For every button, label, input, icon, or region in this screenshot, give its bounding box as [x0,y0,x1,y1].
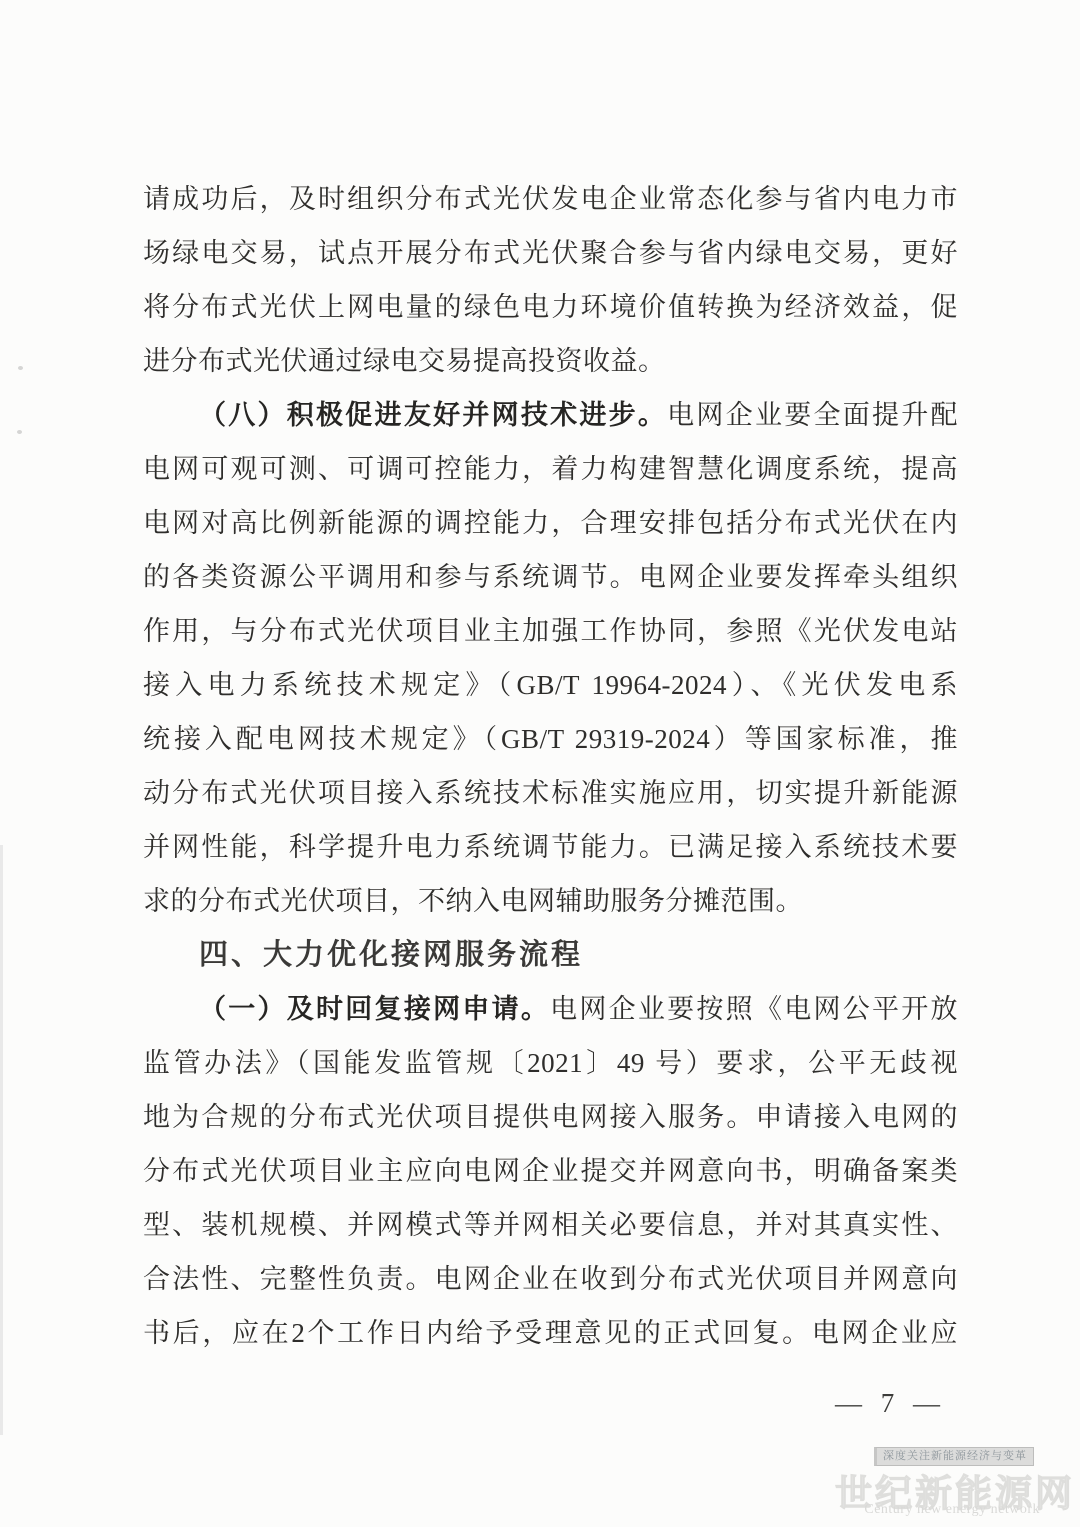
document-page: 请成功后，及时组织分布式光伏发电企业常态化参与省内电力市 场绿电交易，试点开展分… [0,0,1080,1527]
text-line: 分布式光伏项目业主应向电网企业提交并网意向书，明确备案类 [143,1144,958,1198]
scan-edge-artifact [0,845,3,1435]
scan-speck [17,430,22,434]
text-line: 合法性、完整性负责。电网企业在收到分布式光伏项目并网意向 [143,1252,958,1306]
paragraph-green-trading: 请成功后，及时组织分布式光伏发电企业常态化参与省内电力市 场绿电交易，试点开展分… [143,172,958,388]
text-line: （一）及时回复接网申请。电网企业要按照《电网公平开放 [143,982,958,1036]
text-line: 统接入配电网技术规定》（GB/T 29319-2024）等国家标准，推 [143,712,958,766]
text-line: 动分布式光伏项目接入系统技术标准实施应用，切实提升新能源 [143,766,958,820]
text-line: 地为合规的分布式光伏项目提供电网接入服务。申请接入电网的 [143,1090,958,1144]
text-run: 电网企业要按照《电网公平开放 [550,994,958,1024]
scan-speck [18,366,23,370]
text-line: 请成功后，及时组织分布式光伏发电企业常态化参与省内电力市 [143,172,958,226]
text-line: （八）积极促进友好并网技术进步。电网企业要全面提升配 [143,388,958,442]
text-line: 电网可观可测、可调可控能力，着力构建智慧化调度系统，提高 [143,442,958,496]
item-8-title: （八）积极促进友好并网技术进步。 [199,400,667,430]
text-line: 场绿电交易，试点开展分布式光伏聚合参与省内绿电交易，更好 [143,226,958,280]
text-run: 电网企业要全面提升配 [667,400,958,430]
text-line: 书后，应在2个工作日内给予受理意见的正式回复。电网企业应 [143,1306,958,1360]
text-line: 型、装机规模、并网模式等并网相关必要信息，并对其真实性、 [143,1198,958,1252]
item-1-title: （一）及时回复接网申请。 [199,994,550,1024]
text-line: 求的分布式光伏项目，不纳入电网辅助服务分摊范围。 [143,874,958,928]
text-line: 并网性能，科学提升电力系统调节能力。已满足接入系统技术要 [143,820,958,874]
paragraph-item-1: （一）及时回复接网申请。电网企业要按照《电网公平开放 监管办法》（国能发监管规〔… [143,982,958,1360]
watermark-brand-en: Century new energy network [864,1502,1040,1518]
text-line: 电网对高比例新能源的调控能力，合理安排包括分布式光伏在内 [143,496,958,550]
text-line: 将分布式光伏上网电量的绿色电力环境价值转换为经济效益，促 [143,280,958,334]
text-line: 接入电力系统技术规定》（GB/T 19964-2024）、《光伏发电系 [143,658,958,712]
document-body: 请成功后，及时组织分布式光伏发电企业常态化参与省内电力市 场绿电交易，试点开展分… [143,172,958,1360]
page-number: — 7 — [835,1388,946,1419]
text-line: 的各类资源公平调用和参与系统调节。电网企业要发挥牵头组织 [143,550,958,604]
text-line: 作用，与分布式光伏项目业主加强工作协同，参照《光伏发电站 [143,604,958,658]
text-line: 进分布式光伏通过绿电交易提高投资收益。 [143,334,958,388]
section-heading: 四、大力优化接网服务流程 [143,928,958,982]
text-line: 监管办法》（国能发监管规〔2021〕49 号）要求，公平无歧视 [143,1036,958,1090]
paragraph-item-8: （八）积极促进友好并网技术进步。电网企业要全面提升配 电网可观可测、可调可控能力… [143,388,958,928]
